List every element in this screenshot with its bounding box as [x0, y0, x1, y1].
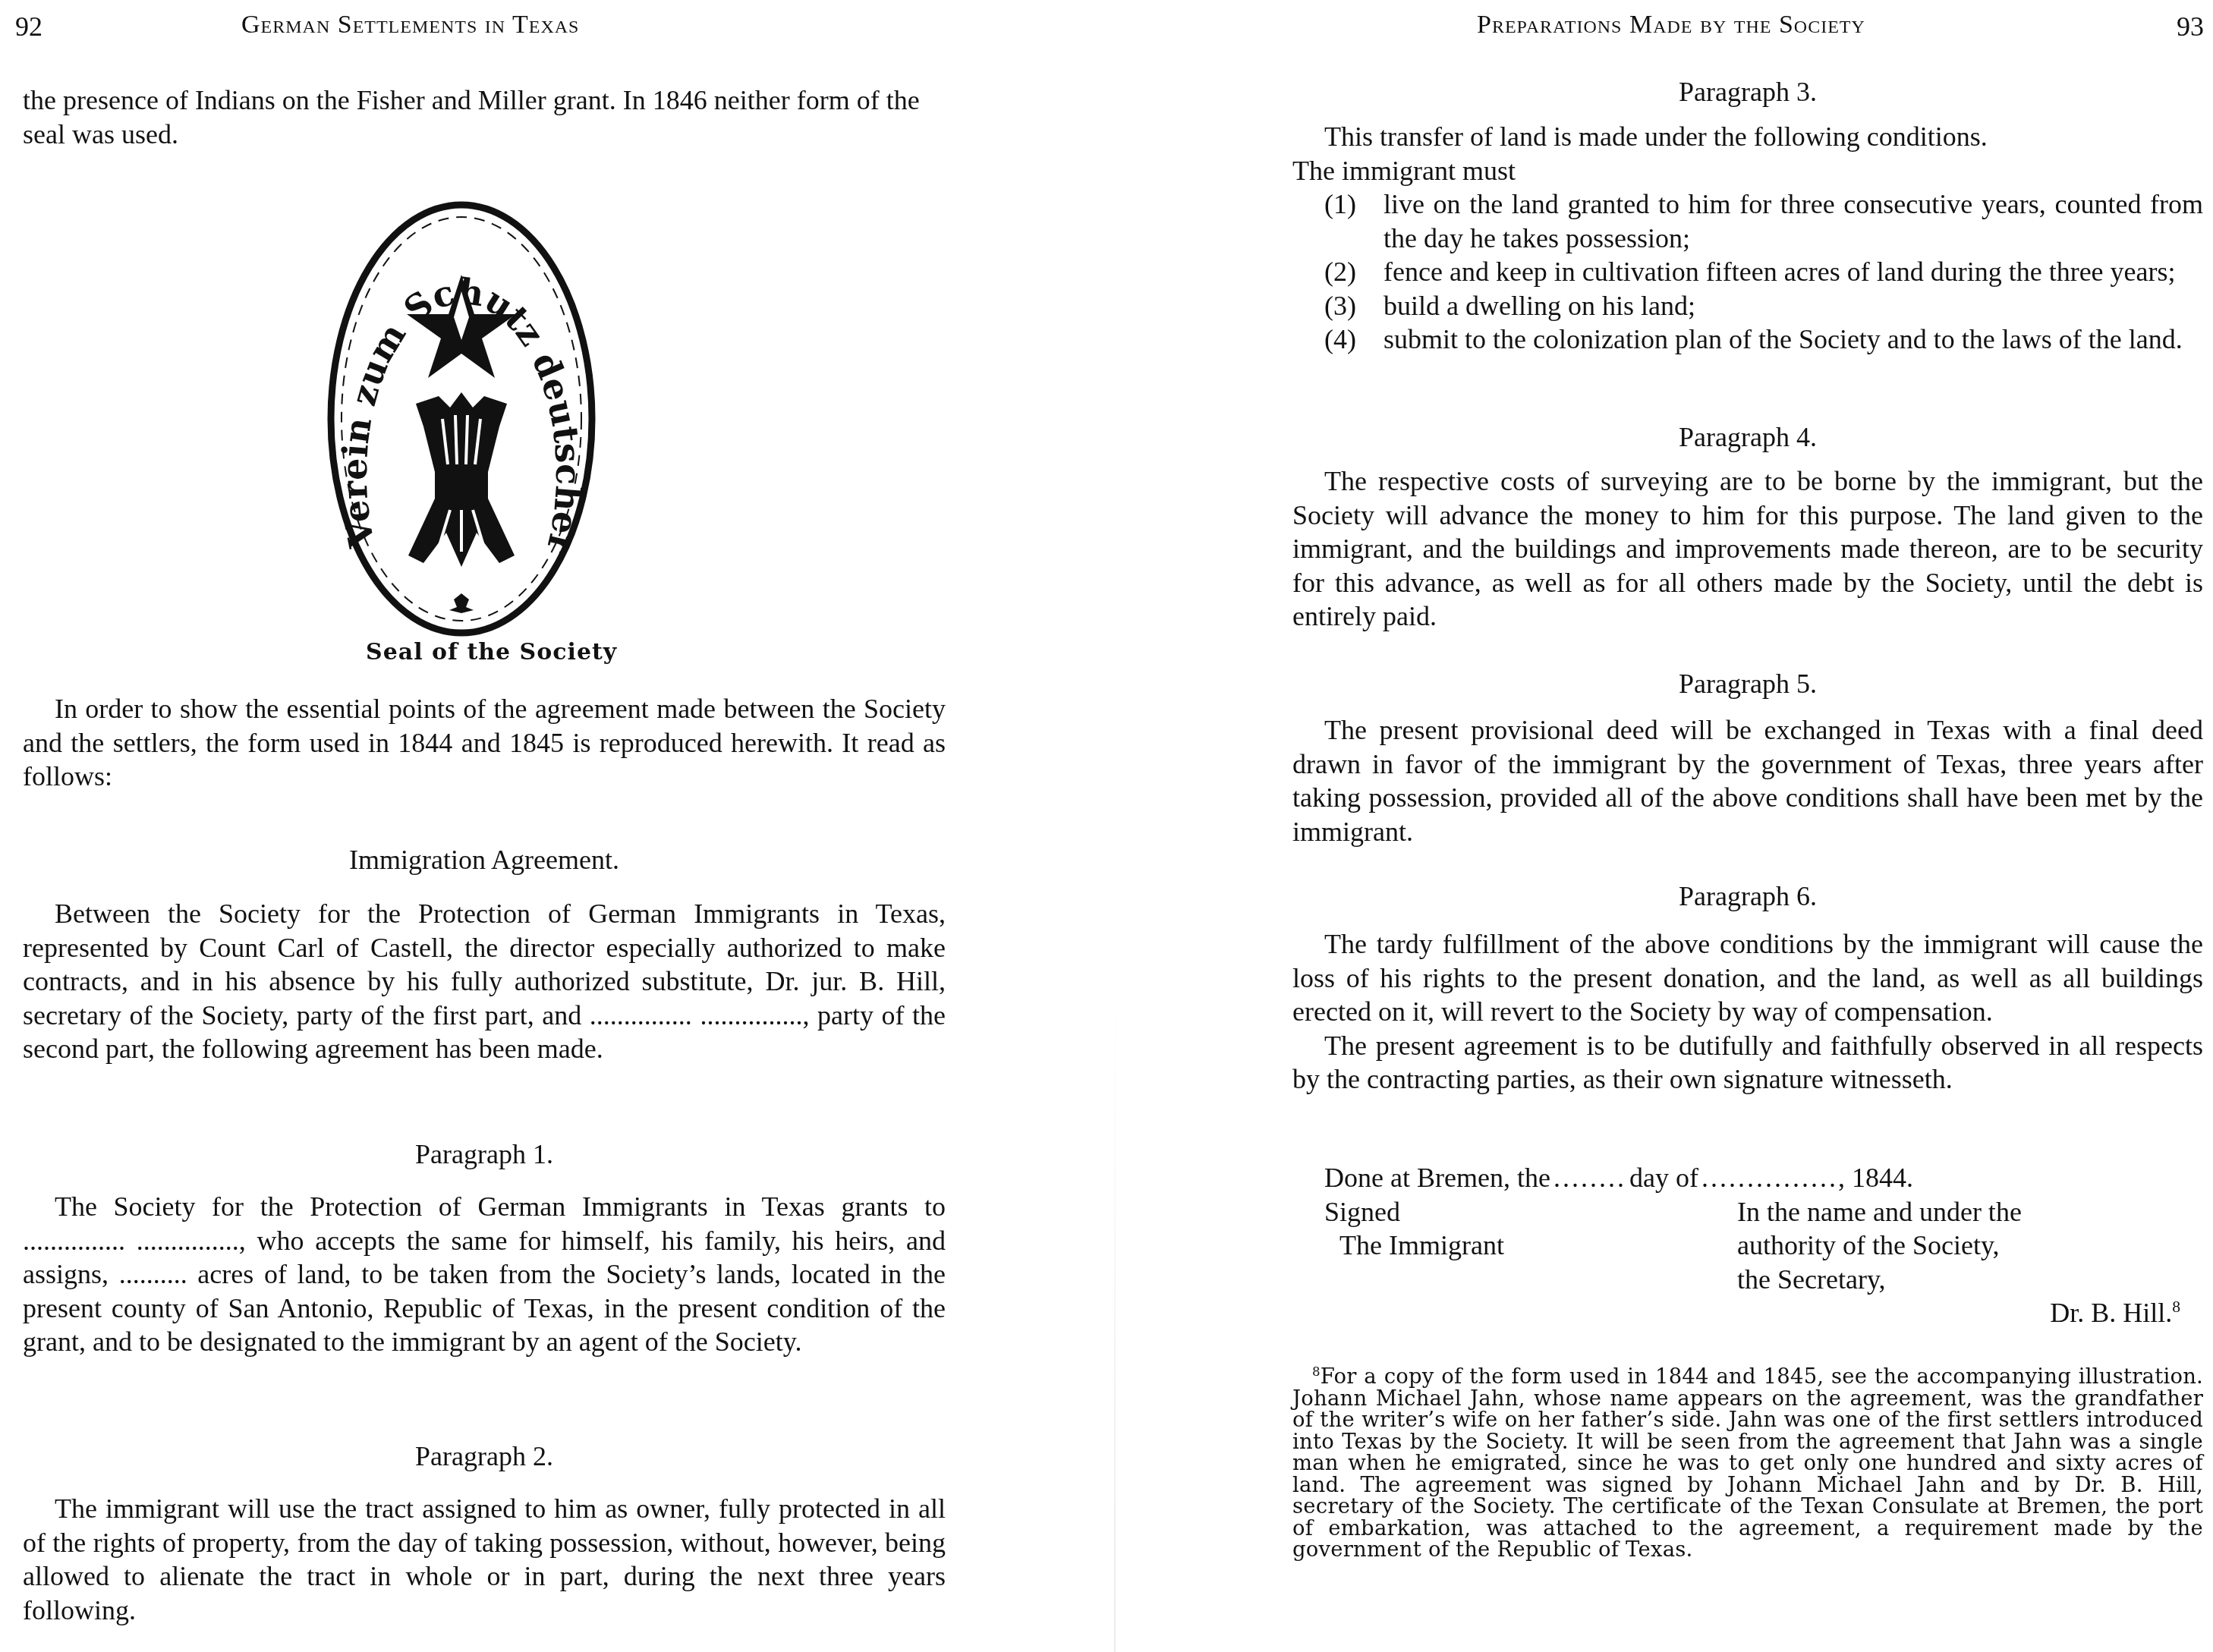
paragraph-6-body: The tardy fulfillment of the above condi…: [1292, 927, 2203, 1097]
year-label: , 1844.: [1838, 1161, 1913, 1195]
paragraph-3-lead: The immigrant must: [1292, 154, 2203, 188]
paragraph-1-heading: Paragraph 1.: [23, 1138, 946, 1170]
agreement-title: Immigration Agreement.: [23, 844, 946, 876]
conditions-list: (1) live on the land granted to him for …: [1292, 187, 2203, 357]
signed-label: Signed: [1324, 1195, 1737, 1229]
seal-emblem-icon: Verein zum Schutz deutscher Einwandrer i…: [325, 199, 598, 639]
month-blank: ...............: [1701, 1161, 1838, 1195]
condition-text: live on the land granted to him for thre…: [1384, 187, 2203, 255]
paragraph-3-body: This transfer of land is made under the …: [1292, 120, 2203, 357]
paragraph-3-intro: This transfer of land is made under the …: [1292, 120, 2203, 154]
footnote-reference: 8: [2172, 1298, 2180, 1316]
intro-paragraph: In order to show the essential points of…: [23, 692, 946, 794]
footnote: 8For a copy of the form used in 1844 and…: [1292, 1366, 2203, 1561]
page-number: 93: [2177, 11, 2204, 42]
paragraph-5-text: The present provisional deed will be exc…: [1292, 713, 2203, 848]
day-blank: ........: [1554, 1161, 1626, 1195]
signatory: Dr. B. Hill.8: [1324, 1296, 2203, 1330]
signature-row: Signed The Immigrant In the name and und…: [1324, 1195, 2203, 1297]
right-page: Preparations Made by the Society 93 Para…: [1116, 0, 2213, 1652]
condition-item: (1) live on the land granted to him for …: [1324, 187, 2203, 255]
agreement-preamble: Between the Society for the Protection o…: [23, 897, 946, 1066]
paragraph-6-closing: The present agreement is to be dutifully…: [1292, 1029, 2203, 1097]
paragraph-2-heading: Paragraph 2.: [23, 1440, 946, 1472]
done-at-label: Done at Bremen, the: [1324, 1161, 1550, 1195]
paragraph-4-text: The respective costs of surveying are to…: [1292, 464, 2203, 634]
condition-item: (3) build a dwelling on his land;: [1324, 289, 2203, 323]
paragraph-6-heading: Paragraph 6.: [1292, 880, 2203, 912]
immigrant-label: The Immigrant: [1324, 1229, 1737, 1263]
condition-number: (1): [1324, 187, 1384, 255]
society-line-2: authority of the Society,: [1737, 1229, 2203, 1263]
page-number: 92: [15, 11, 42, 42]
seal-caption: Seal of the Society: [366, 639, 617, 666]
condition-number: (2): [1324, 255, 1384, 289]
condition-text: submit to the colonization plan of the S…: [1384, 323, 2203, 357]
condition-item: (4) submit to the colonization plan of t…: [1324, 323, 2203, 357]
footnote-marker: 8: [1312, 1364, 1321, 1379]
date-line: Done at Bremen, the ........ day of ....…: [1324, 1161, 2203, 1195]
signatory-name: Dr. B. Hill.: [2050, 1298, 2172, 1328]
day-of-label: day of: [1629, 1161, 1698, 1195]
society-line-1: In the name and under the: [1737, 1195, 2203, 1229]
paragraph-5-heading: Paragraph 5.: [1292, 668, 2203, 700]
paragraph-4-heading: Paragraph 4.: [1292, 421, 2203, 453]
paragraph-6-text: The tardy fulfillment of the above condi…: [1292, 927, 2203, 1029]
signature-block: Done at Bremen, the ........ day of ....…: [1324, 1161, 2203, 1330]
paragraph-2-text: The immigrant will use the tract assigne…: [23, 1492, 946, 1627]
paragraph-1-text: The Society for the Protection of German…: [23, 1190, 946, 1359]
left-page: 92 German Settlements in Texas the prese…: [0, 0, 1116, 1652]
footnote-text: For a copy of the form used in 1844 and …: [1292, 1364, 2203, 1562]
condition-number: (4): [1324, 323, 1384, 357]
society-line-3: the Secretary,: [1737, 1263, 2203, 1297]
paragraph-3-heading: Paragraph 3.: [1292, 76, 2203, 108]
condition-text: fence and keep in cultivation fifteen ac…: [1384, 255, 2203, 289]
running-head: German Settlements in Texas: [241, 11, 579, 39]
society-seal: Verein zum Schutz deutscher Einwandrer i…: [325, 199, 598, 639]
running-head: Preparations Made by the Society: [1477, 11, 1865, 39]
condition-text: build a dwelling on his land;: [1384, 289, 2203, 323]
opening-lines: the presence of Indians on the Fisher an…: [23, 83, 946, 151]
condition-item: (2) fence and keep in cultivation fiftee…: [1324, 255, 2203, 289]
condition-number: (3): [1324, 289, 1384, 323]
